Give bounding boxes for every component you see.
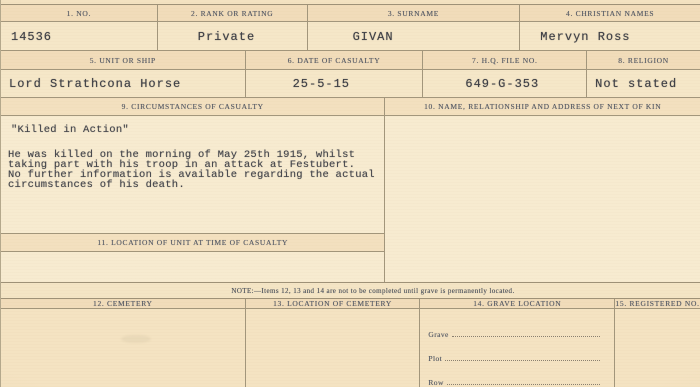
field-unit-value: Lord Strathcona Horse [9,77,245,91]
field-no-label: 1. NO. [1,5,158,21]
field-unit-label: 5. UNIT OR SHIP [1,51,246,69]
registered-no-label: 15. REGISTERED NO. [615,299,700,308]
cemetery-location-label: 13. LOCATION OF CEMETERY [246,299,421,308]
location-unit-label: 11. LOCATION OF UNIT AT TIME OF CASUALTY [1,234,384,252]
registered-no-cell [615,309,700,387]
field-christian-names-value: Mervyn Ross [540,30,700,44]
field-christian-names-label: 4. CHRISTIAN NAMES [520,5,700,21]
value-row-1: 14536 Private GIVAN Mervyn Ross [1,22,700,51]
field-rank-label: 2. RANK OR RATING [158,5,308,21]
grave-line: Grave [428,315,602,339]
cemetery-location-cell [246,309,421,387]
location-unit-body [1,252,384,282]
field-rank-value: Private [198,30,307,44]
row-line: Row [428,363,602,387]
grave-line-leader [452,336,600,337]
field-hq-file-value: 649-G-353 [465,77,586,91]
field-unit-cell: Lord Strathcona Horse [1,70,246,97]
circumstances-label: 9. CIRCUMSTANCES OF CASUALTY [1,98,384,116]
grave-line-label: Grave [428,330,448,339]
header-row-1: 1. NO. 2. RANK OR RATING 3. SURNAME 4. C… [1,5,700,22]
bottom-section: 12. CEMETERY 13. LOCATION OF CEMETERY 14… [1,299,700,387]
cemetery-label: 12. CEMETERY [1,299,246,308]
field-christian-names-cell: Mervyn Ross [520,22,700,50]
field-surname-label: 3. SURNAME [308,5,521,21]
grave-location-label: 14. GRAVE LOCATION [420,299,615,308]
value-row-2: Lord Strathcona Horse 25-5-15 649-G-353 … [1,70,700,98]
field-religion-cell: Not stated [587,70,700,97]
circumstances-line1: "Killed in Action" [8,124,376,136]
plot-line-label: Plot [428,354,442,363]
next-of-kin-label: 10. NAME, RELATIONSHIP AND ADDRESS OF NE… [385,98,700,116]
note-text: NOTE:—Items 12, 13 and 14 are not to be … [231,287,514,295]
field-hq-file-cell: 649-G-353 [423,70,587,97]
middle-section: 9. CIRCUMSTANCES OF CASUALTY "Killed in … [1,98,700,283]
row-line-leader [447,384,600,385]
field-date-casualty-cell: 25-5-15 [246,70,424,97]
field-date-casualty-value: 25-5-15 [293,77,423,91]
field-date-casualty-label: 6. DATE OF CASUALTY [246,51,424,69]
field-surname-cell: GIVAN [308,22,521,50]
row-line-label: Row [428,378,443,387]
field-no-cell: 14536 [1,22,158,50]
left-column: 9. CIRCUMSTANCES OF CASUALTY "Killed in … [1,98,385,282]
bottom-header-row: 12. CEMETERY 13. LOCATION OF CEMETERY 14… [1,299,700,309]
field-rank-cell: Private [158,22,308,50]
casualty-record-form: 1. NO. 2. RANK OR RATING 3. SURNAME 4. C… [0,0,700,387]
circumstances-paragraph: He was killed on the morning of May 25th… [8,150,376,190]
cemetery-cell [1,309,246,387]
field-religion-label: 8. RELIGION [587,51,700,69]
field-religion-value: Not stated [595,77,700,91]
plot-line: Plot [428,339,602,363]
header-row-2: 5. UNIT OR SHIP 6. DATE OF CASUALTY 7. H… [1,51,700,70]
field-no-value: 14536 [11,30,157,44]
bottom-body-row: Grave Plot Row [1,309,700,387]
field-surname-value: GIVAN [353,30,520,44]
plot-line-leader [445,360,600,361]
right-column: 10. NAME, RELATIONSHIP AND ADDRESS OF NE… [385,98,700,282]
circumstances-body: "Killed in Action" He was killed on the … [1,116,384,234]
field-hq-file-label: 7. H.Q. FILE NO. [423,51,587,69]
note-row: NOTE:—Items 12, 13 and 14 are not to be … [1,283,700,299]
grave-location-cell: Grave Plot Row [420,309,615,387]
next-of-kin-body [385,116,700,282]
